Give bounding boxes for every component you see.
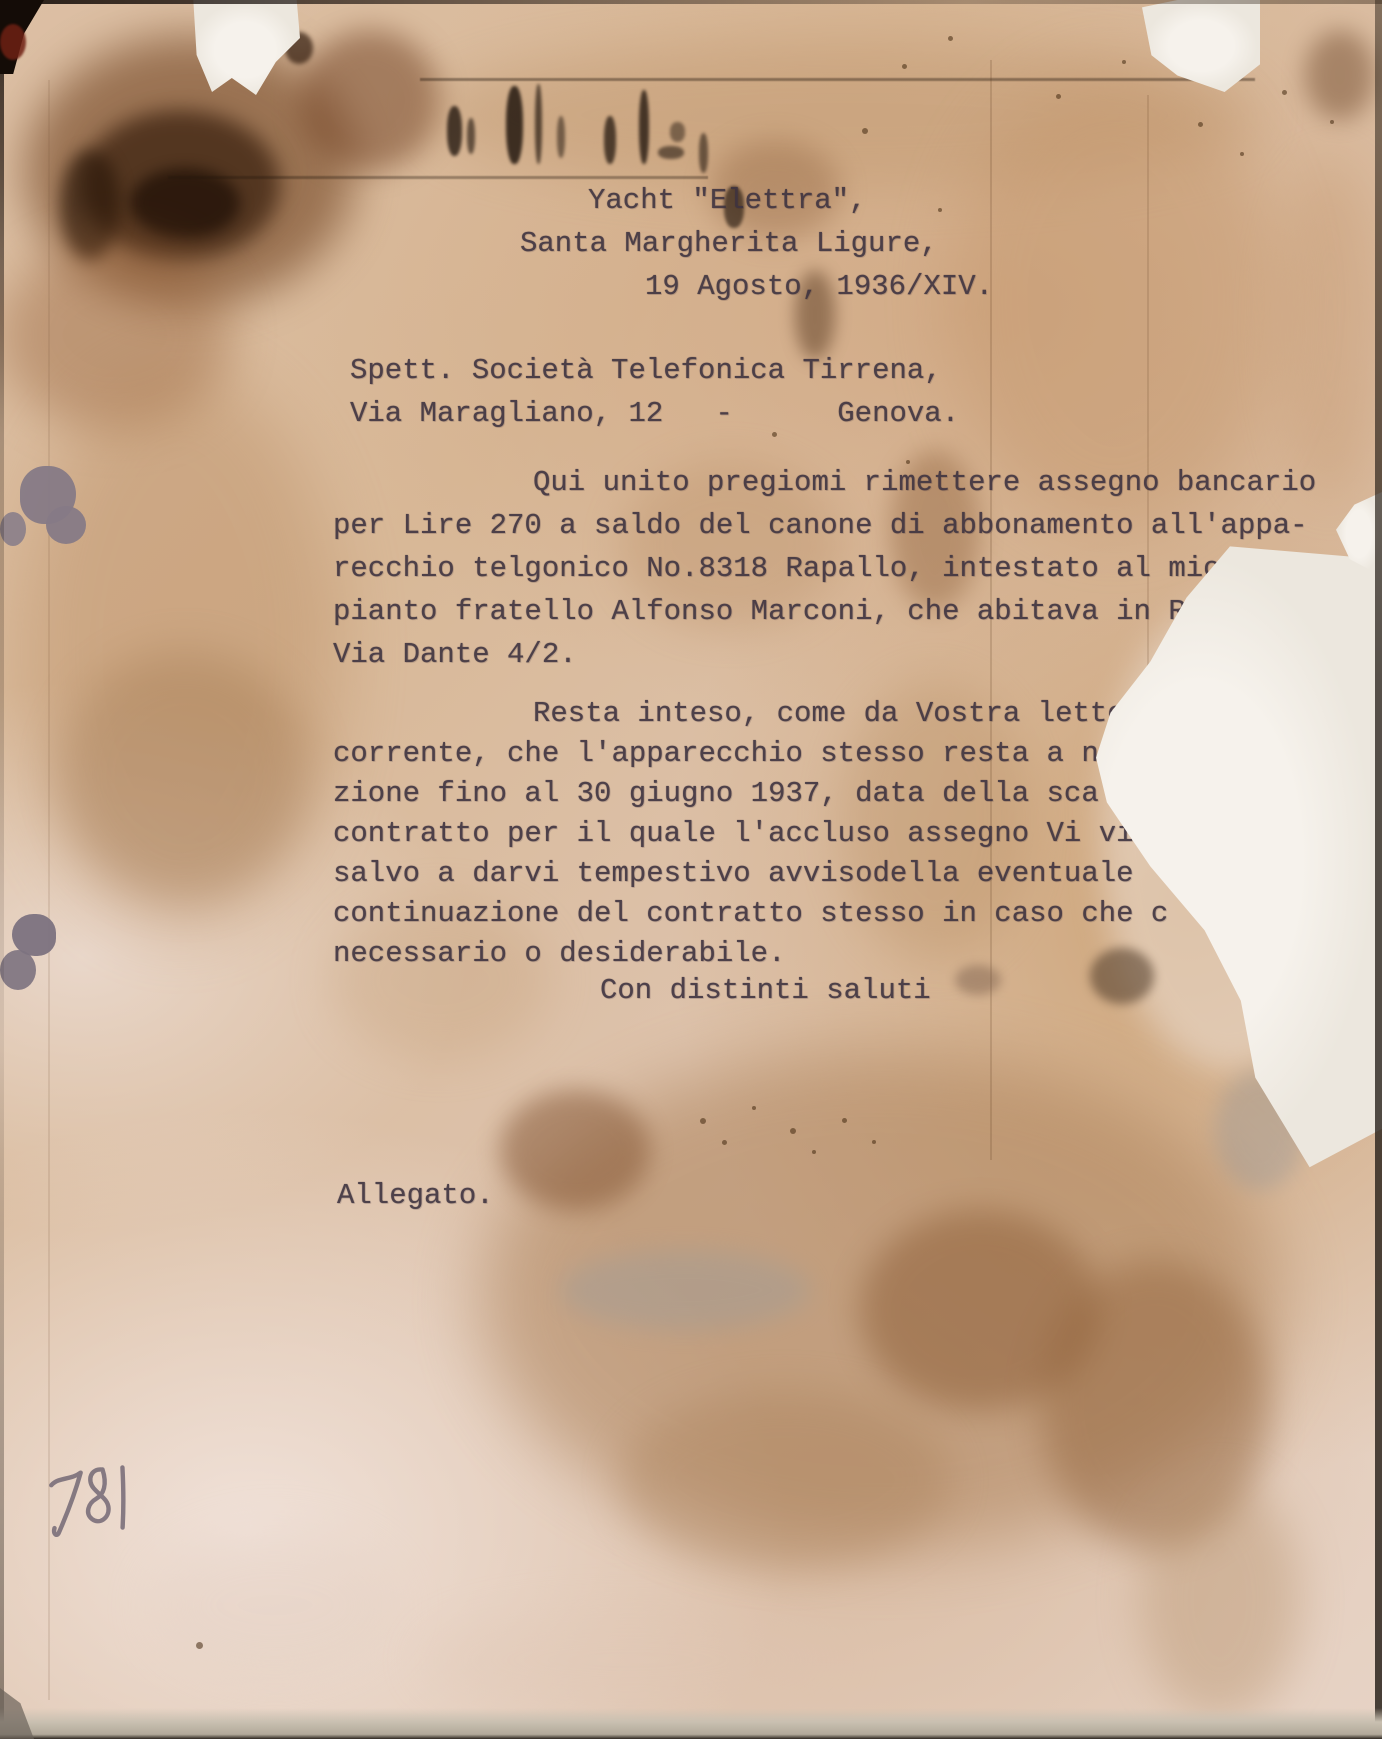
speck [812,1150,816,1154]
ghost-type-mark [506,86,523,164]
ghost-type-mark [639,90,649,164]
body-line: Qui unito pregiomi rimettere assegno ban… [533,468,1316,497]
stain [60,150,120,260]
ink-smudge [1090,948,1154,1004]
body-line: zione fino al 30 giugno 1937, data della… [333,779,1099,808]
dateline-line: Santa Margherita Ligure, [520,229,938,258]
speck [948,36,953,41]
speck [862,128,868,134]
body-line: continuazione del contratto stesso in ca… [333,899,1168,928]
speck [752,1106,756,1110]
speck [722,1140,727,1145]
recipient-line: Via Maragliano, 12 - Genova. [350,399,959,428]
speck [1056,94,1061,99]
stain [420,1610,840,1710]
stain [860,1210,1100,1410]
stain [950,70,1280,530]
speck [1240,152,1244,156]
crease-line [1147,95,1149,675]
speck [872,1140,876,1144]
stain [480,1050,1280,1550]
body-line: Resta inteso, come da Vostra lette [533,699,1125,728]
speck [772,432,777,437]
body-line: per Lire 270 a saldo del canone di abbon… [333,511,1308,540]
stain [300,30,440,170]
ghost-type-mark [699,133,708,173]
stain [0,240,230,430]
body-line: pianto fratello Alfonso Marconi, che abi… [333,597,1186,626]
stain [1280,160,1380,500]
closing-line: Con distinti saluti [600,976,931,1005]
ghost-type-mark [535,84,542,164]
dateline-line: Yacht "Elettra", [588,186,866,215]
speck [790,1128,796,1134]
stain [60,650,310,900]
recipient-line: Spett. Società Telefonica Tirrena, [350,356,942,385]
stain [1040,1260,1270,1550]
scan-edge-bottom [0,1708,1382,1739]
speck [938,208,942,212]
speck [196,1642,203,1649]
ghost-type-mark [467,118,475,154]
ghost-type-mark [670,122,685,142]
speck [1330,120,1334,124]
ghost-type-mark [658,146,684,159]
speck [1282,90,1287,95]
corner-mark [0,24,26,60]
body-line: Via Dante 4/2. [333,640,577,669]
speck [700,1118,706,1124]
speck [1122,60,1126,64]
stain [150,1530,400,1680]
stain [560,1250,810,1330]
handwritten-number [42,1452,146,1543]
stain [1305,30,1375,120]
body-line: contratto per il quale l'accluso assegno… [333,819,1134,848]
corner-mark [0,0,44,74]
enclosure-line: Allegato. [337,1181,494,1210]
scan-edge-left [0,0,4,1739]
speck [906,460,910,464]
ghost-type-mark [447,106,462,156]
ink-smudge [955,965,1001,995]
stain [1140,1480,1300,1720]
stain [430,40,1260,190]
ghost-type-mark [557,116,565,158]
body-line: recchio telgonico No.8318 Rapallo, intes… [333,554,1221,583]
stain [80,110,280,260]
body-line: salvo a darvi tempestivo avvisodella eve… [333,859,1134,888]
stain [20,370,340,930]
ghost-type-mark [604,116,616,164]
punch-hole-mark [46,506,86,544]
corner-mark [0,1688,34,1739]
stain [130,168,240,238]
speck [842,1118,847,1123]
torn-paper-patch [190,0,300,100]
speck [1198,122,1203,127]
dateline-line: 19 Agosto, 1936/XIV. [645,272,993,301]
stain [25,35,355,305]
stain [500,1090,650,1210]
torn-paper-patch [1142,0,1260,92]
scanned-letter-page: Yacht "Elettra", Santa Margherita Ligure… [0,0,1382,1739]
crease-line [420,78,1255,81]
crease-line [168,176,708,179]
body-line: necessario o desiderabile. [333,939,785,968]
punch-hole-mark [0,950,36,990]
body-line: corrente, che l'apparecchio stesso resta… [333,739,1116,768]
speck [902,64,907,69]
punch-hole-mark [0,512,26,546]
stain [620,1390,950,1570]
